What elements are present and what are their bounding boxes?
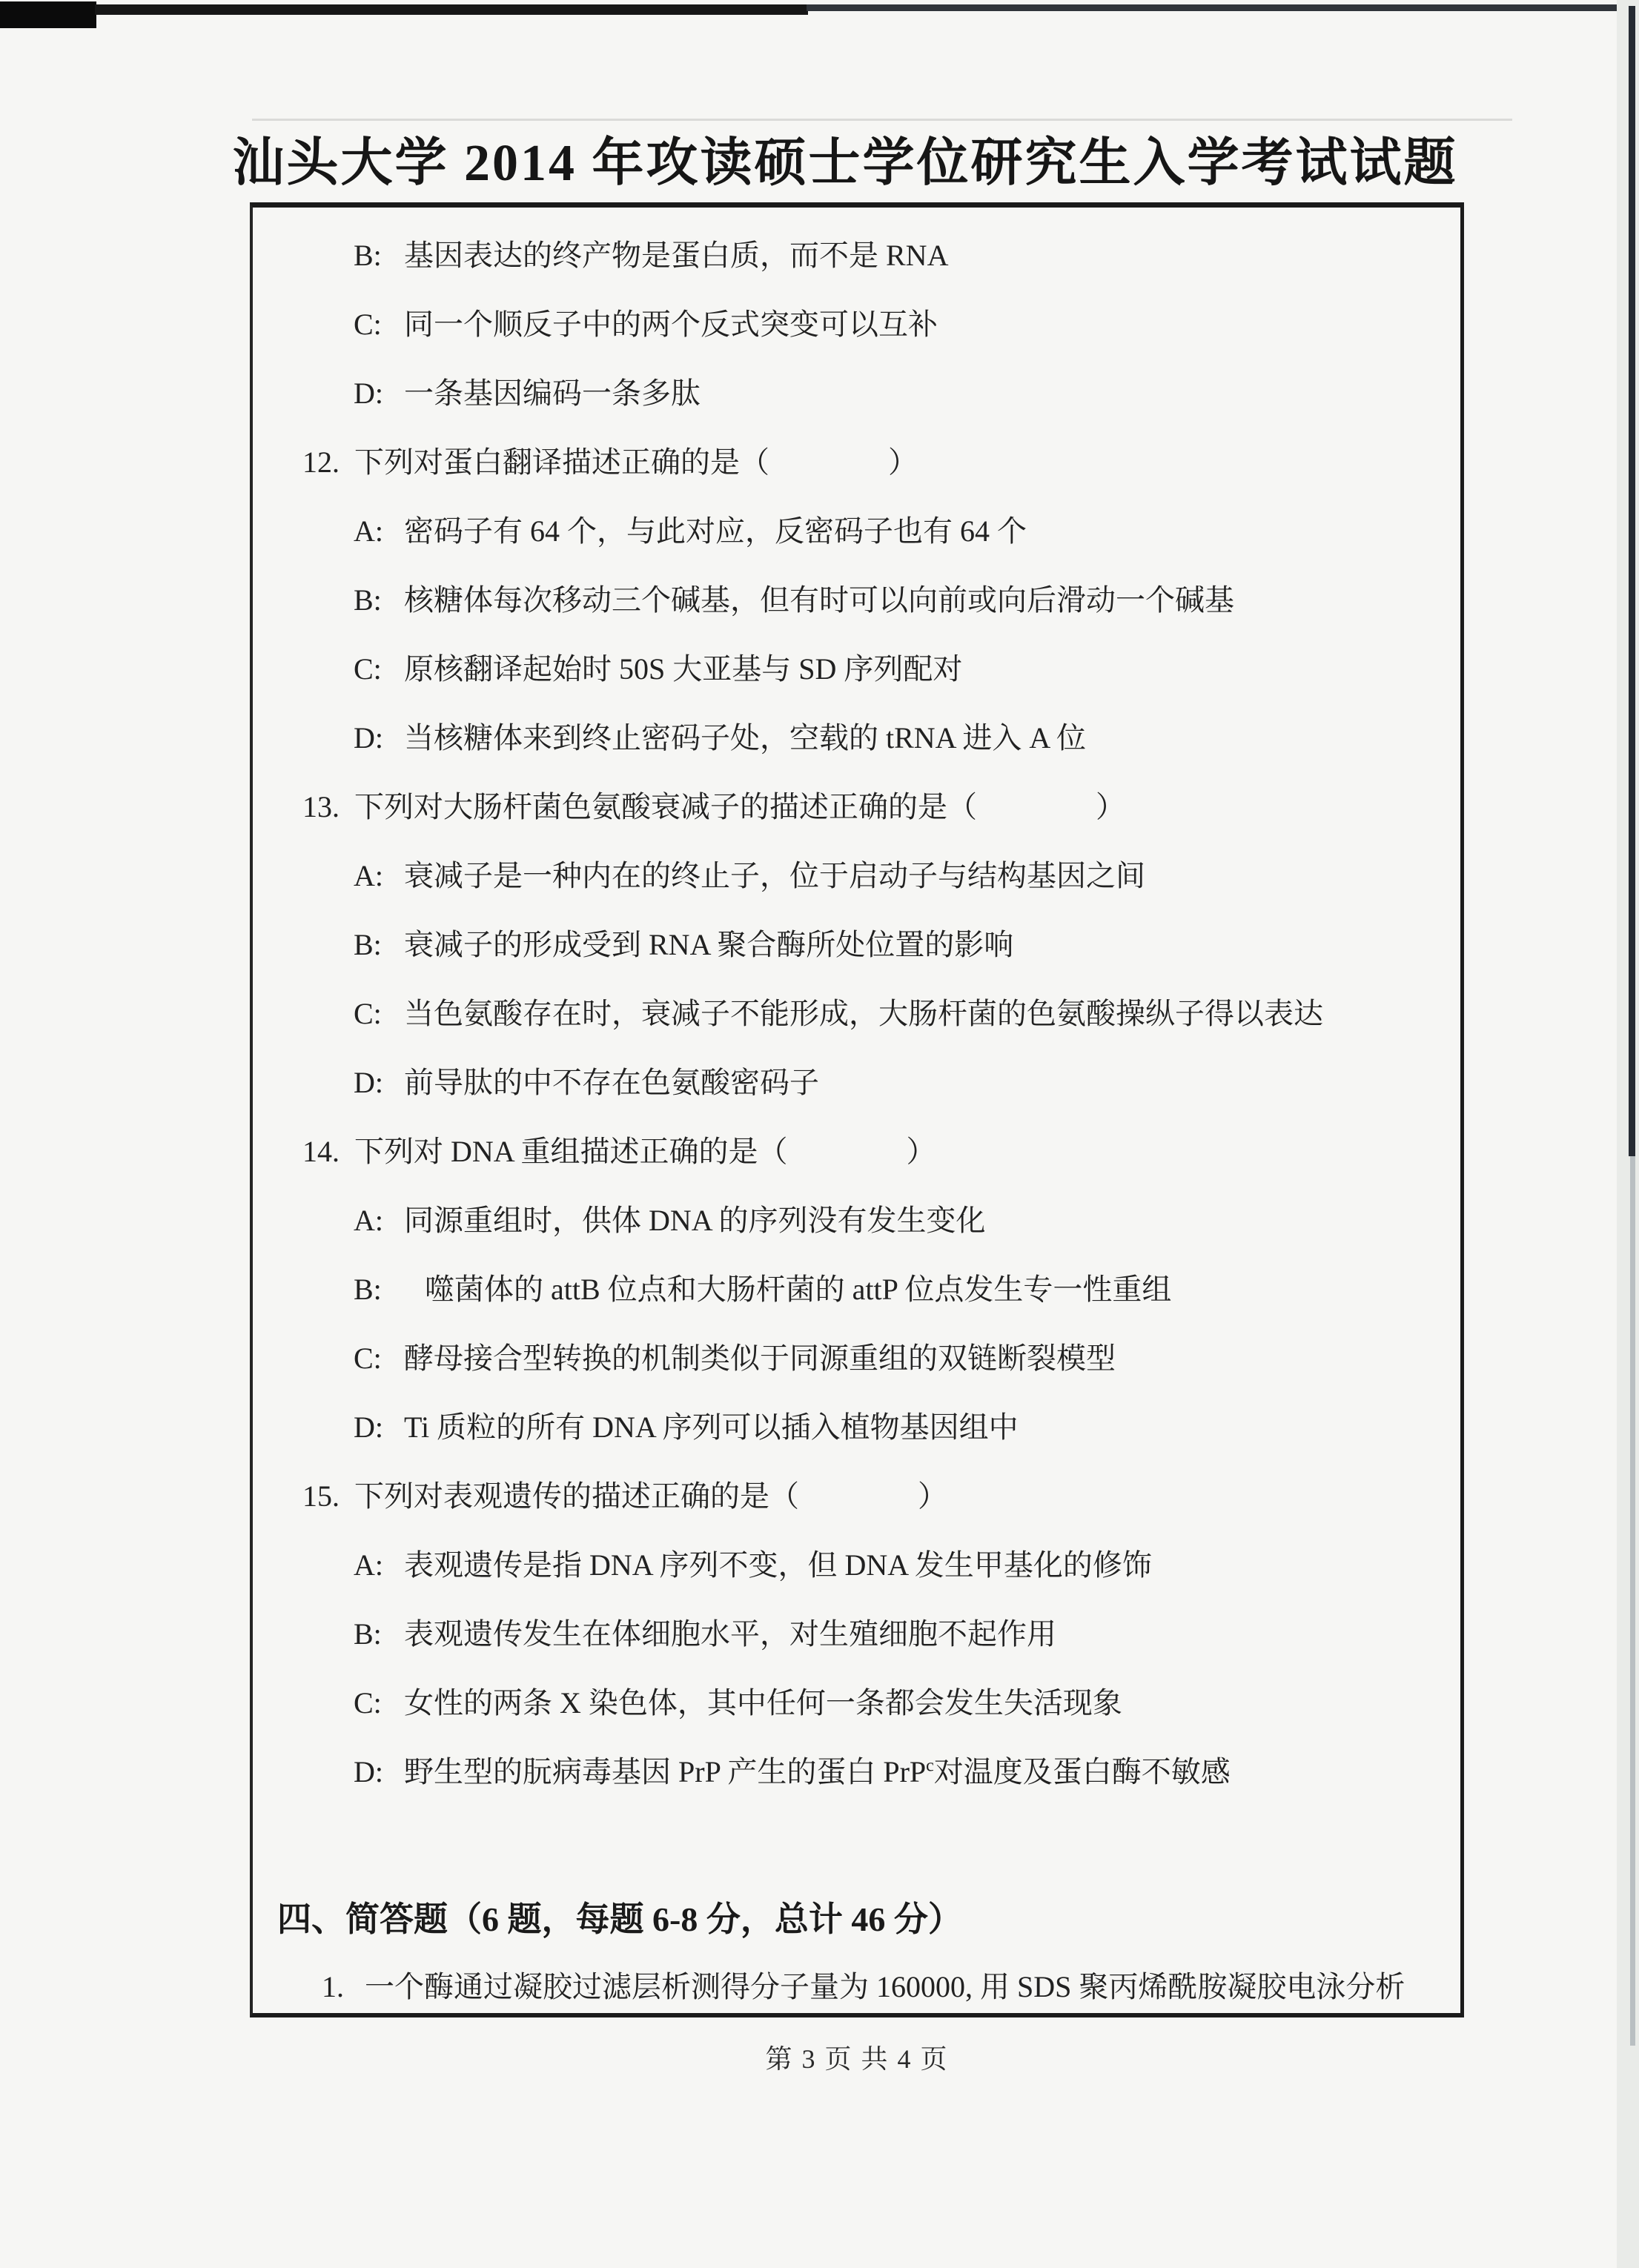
q11-option-c: C: 同一个顺反子中的两个反式突变可以互补 (354, 308, 938, 342)
option-label: C: (354, 1686, 404, 1720)
option-text: 核糖体每次移动三个碱基，但有时可以向前或向后滑动一个碱基 (404, 583, 1234, 617)
scan-artifact-top-edge-right (807, 4, 1639, 11)
q13-option-d: D: 前导肽的中不存在色氨酸密码子 (354, 1066, 819, 1100)
footer-row: 第 3 页 共 4 页 (250, 2038, 1464, 2076)
option-text: Ti 质粒的所有 DNA 序列可以插入植物基因组中 (404, 1410, 1019, 1445)
superscript-c: c (926, 1757, 934, 1776)
question-number: 14. (302, 1135, 354, 1169)
q14-option-b: B: 噬菌体的 attB 位点和大肠杆菌的 attP 位点发生专一性重组 (354, 1273, 1171, 1307)
q12-option-a: A: 密码子有 64 个，与此对应，反密码子也有 64 个 (354, 514, 1027, 548)
question-stem: 下列对表观遗传的描述正确的是（ ） (354, 1479, 947, 1513)
option-label: A: (354, 514, 404, 548)
question-stem: 下列对大肠杆菌色氨酸衰减子的描述正确的是（ ） (354, 790, 1125, 824)
scanned-exam-page: 汕头大学 2014 年攻读硕士学位研究生入学考试试题 B: 基因表达的终产物是蛋… (0, 0, 1639, 2268)
q11-option-d: D: 一条基因编码一条多肽 (354, 377, 701, 411)
option-text: 基因表达的终产物是蛋白质，而不是 RNA (404, 239, 948, 273)
q14-option-d: D: Ti 质粒的所有 DNA 序列可以插入植物基因组中 (354, 1410, 1019, 1445)
option-text: 噬菌体的 attB 位点和大肠杆菌的 attP 位点发生专一性重组 (425, 1273, 1171, 1307)
option-label: B: (354, 583, 404, 617)
page-title: 汕头大学 2014 年攻读硕士学位研究生入学考试试题 (233, 135, 1458, 193)
scan-artifact-right-band (1617, 0, 1639, 2268)
option-text-pre: 野生型的朊病毒基因 PrP 产生的蛋白 PrP (404, 1755, 926, 1788)
option-text: 同一个顺反子中的两个反式突变可以互补 (404, 308, 938, 342)
q13-option-a: A: 衰减子是一种内在的终止子，位于启动子与结构基因之间 (354, 859, 1145, 893)
option-text: 原核翻译起始时 50S 大亚基与 SD 序列配对 (404, 652, 962, 686)
option-text: 女性的两条 X 染色体，其中任何一条都会发生失活现象 (404, 1686, 1122, 1720)
q14-option-a: A: 同源重组时，供体 DNA 的序列没有发生变化 (354, 1204, 985, 1238)
question-stem: 下列对 DNA 重组描述正确的是（ ） (354, 1135, 936, 1169)
option-label: D: (354, 1066, 404, 1100)
q13-option-c: C: 当色氨酸存在时，衰减子不能形成，大肠杆菌的色氨酸操纵子得以表达 (354, 997, 1323, 1031)
section4-heading: 四、简答题（6 题，每题 6-8 分，总计 46 分） (277, 1900, 962, 1940)
q15-option-d: D: 野生型的朊病毒基因 PrP 产生的蛋白 PrPc对温度及蛋白酶不敏感 (354, 1755, 1231, 1789)
option-label: C: (354, 652, 404, 686)
question-line-14: 14. 下列对 DNA 重组描述正确的是（ ） (302, 1135, 936, 1169)
option-label: D: (354, 377, 404, 411)
option-text: 衰减子是一种内在的终止子，位于启动子与结构基因之间 (404, 859, 1145, 893)
item-number: 1. (322, 1970, 365, 2004)
option-text: 酵母接合型转换的机制类似于同源重组的双链断裂模型 (404, 1342, 1116, 1376)
q15-option-c: C: 女性的两条 X 染色体，其中任何一条都会发生失活现象 (354, 1686, 1122, 1720)
option-text-post: 对温度及蛋白酶不敏感 (934, 1755, 1231, 1788)
page-footer: 第 3 页 共 4 页 (765, 2044, 948, 2074)
option-label: C: (354, 997, 404, 1031)
option-text: 表观遗传是指 DNA 序列不变，但 DNA 发生甲基化的修饰 (404, 1548, 1152, 1582)
option-label: B: (354, 239, 404, 273)
q14-option-c: C: 酵母接合型转换的机制类似于同源重组的双链断裂模型 (354, 1342, 1116, 1376)
option-label: C: (354, 1342, 404, 1376)
q15-option-a: A: 表观遗传是指 DNA 序列不变，但 DNA 发生甲基化的修饰 (354, 1548, 1152, 1582)
option-label: D: (354, 1755, 404, 1789)
option-text: 表观遗传发生在体细胞水平，对生殖细胞不起作用 (404, 1617, 1056, 1651)
question-line-15: 15. 下列对表观遗传的描述正确的是（ ） (302, 1479, 947, 1513)
option-text: 同源重组时，供体 DNA 的序列没有发生变化 (404, 1204, 985, 1238)
q12-option-c: C: 原核翻译起始时 50S 大亚基与 SD 序列配对 (354, 652, 962, 686)
title-row: 汕头大学 2014 年攻读硕士学位研究生入学考试试题 (222, 135, 1468, 193)
q12-option-d: D: 当核糖体来到终止密码子处，空载的 tRNA 进入 A 位 (354, 721, 1086, 755)
q11-option-b: B: 基因表达的终产物是蛋白质，而不是 RNA (354, 239, 948, 273)
section4-heading-text: 四、简答题（6 题，每题 6-8 分，总计 46 分） (277, 1900, 962, 1940)
q13-option-b: B: 衰减子的形成受到 RNA 聚合酶所处位置的影响 (354, 928, 1013, 962)
option-label: A: (354, 1204, 404, 1238)
question-stem: 下列对蛋白翻译描述正确的是（ ） (354, 445, 918, 480)
short-answer-item-1: 1. 一个酶通过凝胶过滤层析测得分子量为 160000, 用 SDS 聚丙烯酰胺… (322, 1970, 1405, 2004)
q15-option-b: B: 表观遗传发生在体细胞水平，对生殖细胞不起作用 (354, 1617, 1056, 1651)
scan-artifact-right-edge-line (1629, 6, 1635, 1156)
scan-artifact-faint-rule (252, 119, 1512, 121)
option-text: 野生型的朊病毒基因 PrP 产生的蛋白 PrPc对温度及蛋白酶不敏感 (404, 1755, 1231, 1789)
option-label: D: (354, 1410, 404, 1445)
option-label: B: (354, 1273, 404, 1307)
option-text: 衰减子的形成受到 RNA 聚合酶所处位置的影响 (404, 928, 1013, 962)
option-label: B: (354, 928, 404, 962)
option-label: B: (354, 1617, 404, 1651)
option-label: D: (354, 721, 404, 755)
question-number: 15. (302, 1479, 354, 1513)
scan-artifact-top-left-bar (0, 1, 96, 28)
option-label: A: (354, 1548, 404, 1582)
option-text: 当核糖体来到终止密码子处，空载的 tRNA 进入 A 位 (404, 721, 1086, 755)
option-label: A: (354, 859, 404, 893)
option-text: 密码子有 64 个，与此对应，反密码子也有 64 个 (404, 514, 1027, 548)
question-number: 12. (302, 445, 354, 480)
option-text: 一条基因编码一条多肽 (404, 377, 701, 411)
question-line-13: 13. 下列对大肠杆菌色氨酸衰减子的描述正确的是（ ） (302, 790, 1125, 824)
item-text: 一个酶通过凝胶过滤层析测得分子量为 160000, 用 SDS 聚丙烯酰胺凝胶电… (365, 1970, 1405, 2004)
scan-artifact-right-edge-fade (1630, 1156, 1635, 2046)
question-line-12: 12. 下列对蛋白翻译描述正确的是（ ） (302, 445, 918, 480)
option-text: 前导肽的中不存在色氨酸密码子 (404, 1066, 819, 1100)
option-text: 当色氨酸存在时，衰减子不能形成，大肠杆菌的色氨酸操纵子得以表达 (404, 997, 1323, 1031)
q12-option-b: B: 核糖体每次移动三个碱基，但有时可以向前或向后滑动一个碱基 (354, 583, 1234, 617)
question-number: 13. (302, 790, 354, 824)
scan-artifact-top-edge-mid (95, 4, 808, 15)
option-label: C: (354, 308, 404, 342)
